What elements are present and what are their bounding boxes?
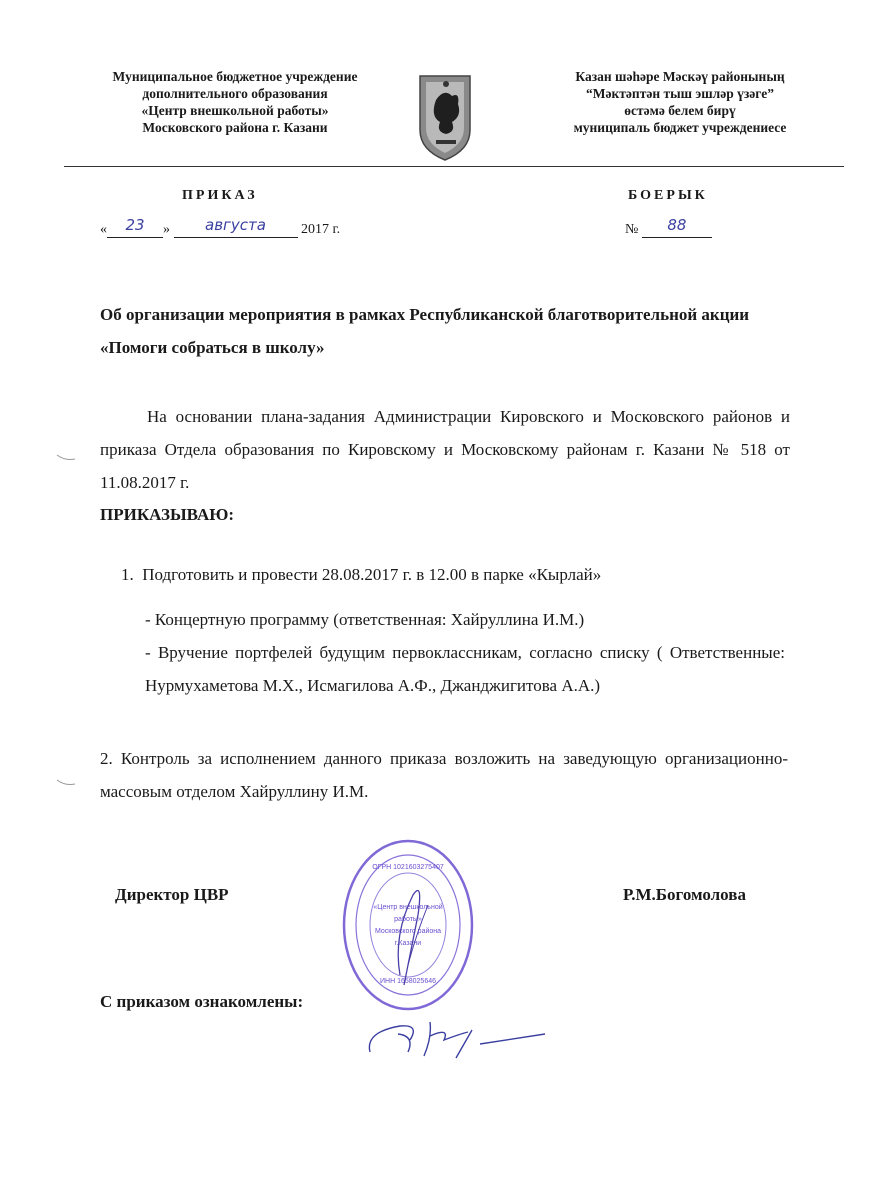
acknowledgement-label: С приказом ознакомлены: [100,992,303,1012]
org-line: муниципаль бюджет учреждениесе [515,119,845,136]
org-line: «Центр внешкольной работы» [70,102,400,119]
stamp-ogrn: ОГРН 1021603275407 [372,864,444,871]
organization-name-russian: Муниципальное бюджетное учреждение допол… [70,68,400,136]
date-month-field: августа [174,220,298,238]
item-text: Контроль за исполнением данного приказа … [100,749,788,801]
date-day-field: 23 [107,220,163,238]
quote-close: » [163,222,170,237]
order-number: № 88 [625,220,712,238]
org-line: Муниципальное бюджетное учреждение [70,68,400,85]
scan-artifact [55,775,77,785]
coat-of-arms-icon [416,70,474,162]
org-line: Казан шәһәре Мәскәү районының [515,68,845,85]
signatory-position: Директор ЦВР [115,885,229,905]
order-title-tatar: БОЕРЫК [628,188,708,204]
org-line: “Мәктәптән тыш эшләр үзәге” [515,85,845,102]
org-line: өстәмә белем бирү [515,102,845,119]
item-number: 2. [100,749,113,768]
svg-text:Московского района: Московского района [375,927,441,935]
date-day-handwritten: 23 [125,216,144,234]
organization-name-tatar: Казан шәһәре Мәскәү районының “Мәктәптән… [515,68,845,136]
date-month-handwritten: августа [205,216,266,234]
header-divider [64,166,844,167]
scan-artifact [55,450,77,460]
order-subitem: - Концертную программу (ответственная: Х… [145,603,785,636]
basis-paragraph: На основании плана-задания Администрации… [100,400,790,499]
org-line: дополнительного образования [70,85,400,102]
order-date: «23» августа 2017 г. [100,220,340,238]
official-stamp: ОГРН 1021603275407 «Центр внешкольной ра… [338,835,478,1015]
order-title-russian: ПРИКАЗ [182,188,258,204]
command-heading: ПРИКАЗЫВАЮ: [100,505,234,525]
order-item-1: 1. Подготовить и провести 28.08.2017 г. … [121,565,601,585]
number-handwritten: 88 [667,216,686,234]
order-item-2: 2. Контроль за исполнением данного прика… [100,742,788,808]
item-number: 1. [121,565,134,584]
org-line: Московского района г. Казани [70,119,400,136]
quote-open: « [100,222,107,237]
handwritten-signature [360,1012,550,1067]
signatory-name: Р.М.Богомолова [623,885,746,905]
number-field: 88 [642,220,712,238]
number-label: № [625,222,638,237]
order-subitem: - Вручение портфелей будущим первоклассн… [145,636,785,702]
date-year: 2017 г. [301,222,340,237]
order-subject: Об организации мероприятия в рамках Респ… [100,298,790,364]
stamp-inn: ИНН 1658025646 [380,978,436,985]
item-text: Подготовить и провести 28.08.2017 г. в 1… [142,565,601,584]
